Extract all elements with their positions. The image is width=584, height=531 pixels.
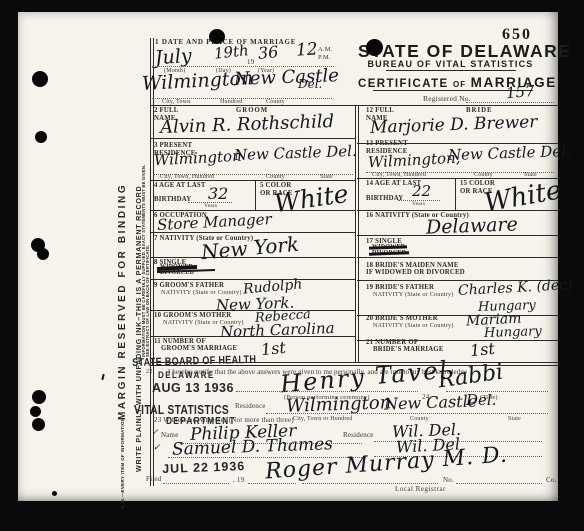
officiant-residence-county: New Castle — [384, 393, 478, 412]
officiant-residence-line — [266, 413, 548, 414]
bride-birthday-label: BIRTHDAY — [366, 195, 403, 203]
age-race-divider — [455, 178, 456, 210]
bride-marriage-number-value: 1st — [469, 341, 495, 360]
bride-age-value: 22 — [412, 184, 431, 199]
certificate-scan: MARGIN RESERVED FOR BINDING WRITE PLAINL… — [18, 12, 558, 501]
bride-maiden-sub-label: IF WIDOWED OR DIVORCED — [366, 269, 465, 277]
hole-punch — [35, 131, 47, 143]
stray-pen-mark — [101, 374, 104, 380]
hole-punch — [32, 418, 45, 431]
certificate-of-word: OF — [453, 80, 466, 89]
hole-punch — [32, 71, 48, 87]
groom-residence-county-state: New Castle Del. — [234, 144, 357, 163]
hundred-label: Hundred — [220, 99, 242, 105]
bride-residence-sub-city: City, Town, Hundred — [372, 172, 426, 178]
local-registrar-label: Local Registrar — [395, 485, 446, 493]
hole-punch — [366, 39, 383, 56]
officiant-residence-sub-city: City, Town or Hundred — [293, 416, 353, 422]
hole-punch — [37, 248, 49, 260]
received-date-stamp: AUG 13 1936 — [152, 382, 234, 395]
registered-no-value: 157 — [505, 84, 535, 101]
no-label: No. — [443, 476, 454, 484]
groom-marriage-number-sub-label: GROOM'S MARRIAGE — [161, 345, 237, 353]
groom-mother-nativity: North Carolina — [220, 321, 335, 340]
groom-name-value: Alvin R. Rothschild — [160, 113, 335, 137]
bride-residence-sub-county: County — [474, 172, 493, 178]
filed-year-prefix: , 19 — [233, 476, 244, 484]
bureau-subtitle: BUREAU OF VITAL STATISTICS — [358, 59, 543, 69]
officiant-residence-state: Del. — [466, 393, 496, 408]
groom-marital-divorced: DIVORCED — [160, 270, 194, 277]
marriage-time-value: 12 — [295, 41, 318, 59]
city-town-label: City, Town — [162, 99, 190, 105]
hole-punch — [209, 29, 225, 44]
bride-years-label: Years — [412, 201, 425, 207]
groom-age-value: 32 — [208, 186, 228, 202]
row-divider — [150, 180, 355, 181]
pm-label: P.M. — [318, 54, 331, 61]
margin-nb-note: N. B.—EVERY ITEM OF INFORMATION — [121, 418, 126, 509]
witness-residence-label: Residence — [343, 431, 374, 439]
ink-speck — [52, 491, 57, 496]
age-race-divider — [255, 180, 256, 210]
groom-residence-sub-state: State — [320, 174, 333, 180]
bride-mother-nativity: Hungary — [484, 325, 542, 340]
filed-line-1 — [163, 483, 229, 484]
registered-no-line — [466, 102, 554, 103]
header-divider — [150, 105, 558, 106]
registered-no-label: Registered No. — [423, 94, 471, 103]
groom-age-label: 4 AGE AT LAST — [154, 182, 206, 190]
certify-section-number: 22 — [146, 369, 152, 375]
row-divider — [150, 138, 355, 139]
groom-residence-city: Wilmington — [154, 149, 242, 169]
bride-nativity-value: Delaware — [426, 215, 518, 237]
officiant-signature-line — [236, 391, 418, 392]
am-label: A.M. — [318, 46, 333, 53]
bride-father-sub-label: NATIVITY (State or Country) — [373, 291, 454, 298]
witness-checkmark-2: ✓ — [153, 444, 161, 453]
filed-date-stamp: JUL 22 1936 — [162, 460, 245, 475]
bride-marriage-number-sub-label: BRIDE'S MARRIAGE — [373, 346, 444, 354]
groom-years-label: Years — [204, 203, 217, 209]
groom-residence-sub-county: County — [266, 174, 285, 180]
county-label: County — [266, 99, 285, 105]
marriage-state-value: Del. — [298, 78, 322, 90]
bride-name-value: Marjorie D. Brewer — [370, 114, 538, 137]
co-label: Co. — [546, 476, 557, 484]
certificate-word: CERTIFICATE — [358, 78, 449, 90]
officiant-residence-label: Residence — [235, 402, 266, 410]
groom-occupation-value: Store Manager — [157, 212, 272, 233]
marriage-day-value: 19th — [213, 43, 249, 62]
row-divider — [357, 178, 558, 179]
officiant-residence-sub-state: State — [508, 416, 521, 422]
hole-punch — [30, 406, 41, 417]
bride-mother-sub-label: NATIVITY (State or Country) — [373, 322, 454, 329]
groom-birthday-label: BIRTHDAY — [154, 196, 191, 204]
bride-residence-city: Wilmington, — [368, 151, 461, 171]
bride-residence-sub-state: State — [524, 172, 537, 178]
no-line — [456, 483, 542, 484]
board-of-health-stamp-line1: STATE BOARD OF HEALTH — [132, 355, 256, 369]
hole-punch — [32, 390, 46, 404]
marriage-county-value: New Castle — [234, 67, 339, 89]
bride-father-name: Charles K. (dec) — [458, 278, 573, 298]
row-divider — [357, 257, 558, 258]
groom-marriage-number-value: 1st — [260, 340, 286, 359]
witness-name-label: Name — [161, 431, 179, 439]
officiant-title-value: Rabbi — [437, 362, 505, 393]
witness-checkmark-1: ✓ — [151, 429, 159, 438]
bride-residence-county-state: New Castle Del. — [448, 144, 571, 163]
registrar-line — [302, 483, 438, 484]
header-rule — [386, 70, 516, 71]
margin-binding-note: MARGIN RESERVED FOR BINDING — [118, 183, 128, 420]
marriage-year-value: 36 — [257, 44, 279, 62]
board-of-health-stamp-line2: DELAWARE — [158, 371, 215, 381]
filed-label: Filed — [146, 475, 161, 483]
year-printed-prefix: 19 — [247, 58, 254, 66]
groom-residence-sub-city: City, Town, Hundred — [160, 174, 214, 180]
